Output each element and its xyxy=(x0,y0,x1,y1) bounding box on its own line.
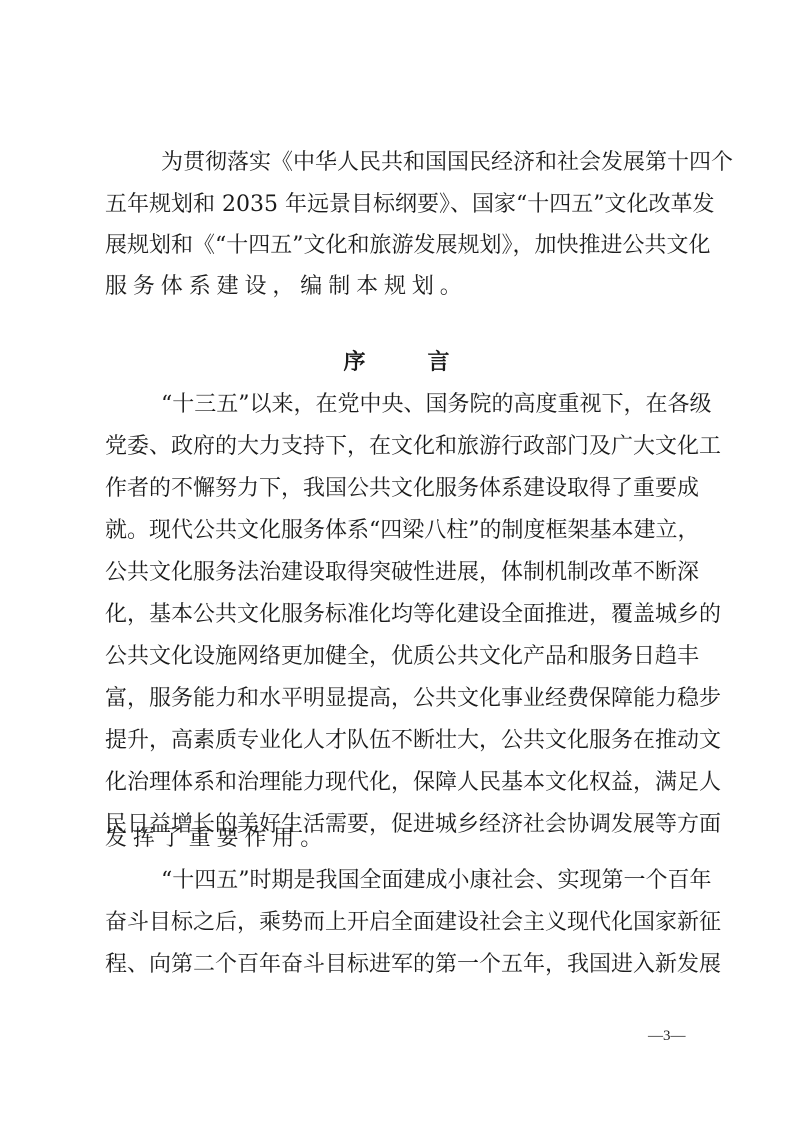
para2-line-4: 就。现代公共文化服务体系“四梁八柱”的制度框架基本建立， xyxy=(105,516,690,546)
intro-line-3: 展规划和《“十四五”文化和旅游发展规划》，加快推进公共文化 xyxy=(105,231,690,261)
para2-line-7: 公共文化设施网络更加健全，优质公共文化产品和服务日趋丰 xyxy=(105,642,690,672)
para2-line-6: 化，基本公共文化服务标准化均等化建设全面推进，覆盖城乡的 xyxy=(105,600,690,630)
para2-line-12: 发挥了重要作用。 xyxy=(105,824,690,854)
para2-line-2: 党委、政府的大力支持下，在文化和旅游行政部门及广大文化工 xyxy=(105,432,690,462)
para2-line-1: “十三五”以来，在党中央、国务院的高度重视下，在各级 xyxy=(161,390,690,420)
para3-line-3: 程、向第二个百年奋斗目标进军的第一个五年，我国进入新发展 xyxy=(105,950,690,980)
para2-line-10: 化治理体系和治理能力现代化，保障人民基本文化权益，满足人 xyxy=(105,768,690,798)
para3-line-2: 奋斗目标之后，乘势而上开启全面建设社会主义现代化国家新征 xyxy=(105,908,690,938)
para2-line-5: 公共文化服务法治建设取得突破性进展，体制机制改革不断深 xyxy=(105,558,690,588)
para2-line-3: 作者的不懈努力下，我国公共文化服务体系建设取得了重要成 xyxy=(105,474,690,504)
para2-line-9: 提升，高素质专业化人才队伍不断壮大，公共文化服务在推动文 xyxy=(105,726,690,756)
intro-line-1: 为贯彻落实《中华人民共和国国民经济和社会发展第十四个 xyxy=(161,148,690,178)
document-page: 为贯彻落实《中华人民共和国国民经济和社会发展第十四个 五年规划和 2035 年远… xyxy=(0,0,793,1122)
section-heading-preface: 序 言 xyxy=(0,348,793,378)
intro-line-4: 服务体系建设，编制本规划。 xyxy=(105,272,690,302)
page-number: —3— xyxy=(648,1026,686,1046)
para2-line-8: 富，服务能力和水平明显提高，公共文化事业经费保障能力稳步 xyxy=(105,684,690,714)
intro-line-2: 五年规划和 2035 年远景目标纲要》、国家“十四五”文化改革发 xyxy=(105,190,690,220)
para3-line-1: “十四五”时期是我国全面建成小康社会、实现第一个百年 xyxy=(161,866,690,896)
